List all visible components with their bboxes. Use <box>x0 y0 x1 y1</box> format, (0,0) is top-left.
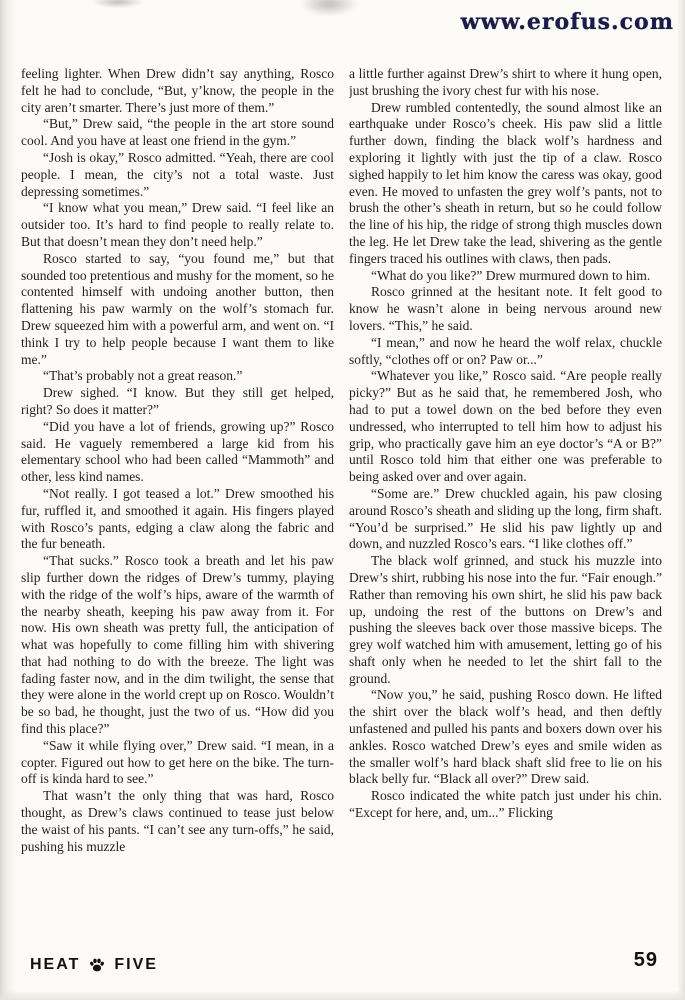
scan-edge-shadow-bottom <box>0 990 685 1000</box>
scan-edge-shadow-right <box>677 0 685 1000</box>
paragraph: Drew sighed. “I know. But they still get… <box>21 385 334 419</box>
paragraph: “Saw it while flying over,” Drew said. “… <box>21 738 334 788</box>
paragraph: “Some are.” Drew chuckled again, his paw… <box>349 486 662 553</box>
paragraph: “That’s probably not a great reason.” <box>21 368 334 385</box>
scan-smudge <box>92 0 144 8</box>
paragraph: “But,” Drew said, “the people in the art… <box>21 116 334 150</box>
scan-smudge <box>300 0 358 16</box>
paragraph: “Whatever you like,” Rosco said. “Are pe… <box>349 368 662 486</box>
scan-edge-shadow-left <box>0 0 16 1000</box>
paragraph: “Josh is okay,” Rosco admitted. “Yeah, t… <box>21 150 334 200</box>
paragraph: a little further against Drew’s shirt to… <box>349 66 662 100</box>
paragraph: feeling lighter. When Drew didn’t say an… <box>21 66 334 116</box>
paragraph: “I know what you mean,” Drew said. “I fe… <box>21 200 334 250</box>
paw-print-icon <box>89 957 105 973</box>
text-columns: feeling lighter. When Drew didn’t say an… <box>21 66 662 960</box>
paragraph: Rosco started to say, “you found me,” bu… <box>21 251 334 369</box>
left-column: feeling lighter. When Drew didn’t say an… <box>21 66 334 960</box>
paragraph: “Did you have a lot of friends, growing … <box>21 419 334 486</box>
paragraph: That wasn’t the only thing that was hard… <box>21 788 334 855</box>
paragraph: “I mean,” and now he heard the wolf rela… <box>349 335 662 369</box>
paragraph: “That sucks.” Rosco took a breath and le… <box>21 553 334 738</box>
paragraph: The black wolf grinned, and stuck his mu… <box>349 553 662 687</box>
footer-issue-label: FIVE <box>114 956 158 974</box>
paragraph: “Now you,” he said, pushing Rosco down. … <box>349 687 662 788</box>
paragraph: “What do you like?” Drew murmured down t… <box>349 268 662 285</box>
book-footer-title: HEAT FIVE <box>30 956 158 974</box>
footer-series-label: HEAT <box>30 956 80 974</box>
page-number: 59 <box>634 949 658 972</box>
paragraph: “Not really. I got teased a lot.” Drew s… <box>21 486 334 553</box>
paragraph: Rosco grinned at the hesitant note. It f… <box>349 284 662 334</box>
right-column: a little further against Drew’s shirt to… <box>349 66 662 960</box>
paragraph: Drew rumbled contentedly, the sound almo… <box>349 100 662 268</box>
paragraph: Rosco indicated the white patch just und… <box>349 788 662 822</box>
site-watermark: www.erofus.com <box>461 9 674 35</box>
